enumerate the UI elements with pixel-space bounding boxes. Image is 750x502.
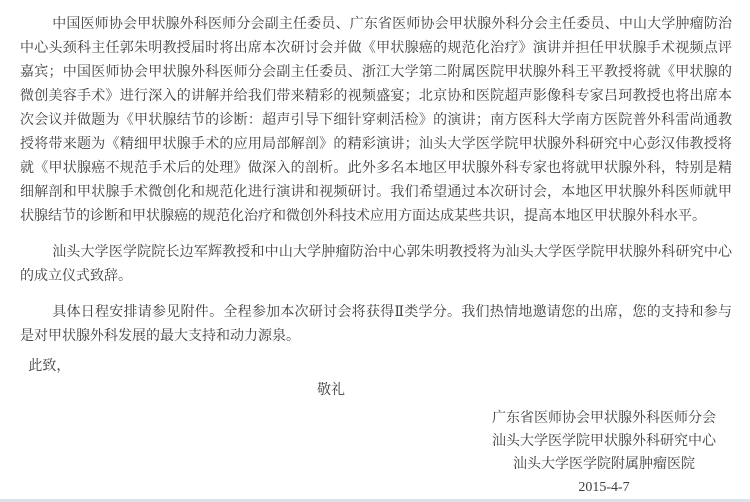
signature-line-hospital: 汕头大学医学院附属肿瘤医院 — [492, 453, 716, 476]
body-paragraph-1: 中国医师协会甲状腺外科医师分会副主任委员、广东省医师协会甲状腺外科分会主任委员、… — [20, 13, 732, 229]
letter-body: 中国医师协会甲状腺外科医师分会副主任委员、广东省医师协会甲状腺外科分会主任委员、… — [0, 0, 750, 499]
signature-line-association: 广东省医师协会甲状腺外科医师分会 — [492, 407, 716, 430]
signature-date: 2015-4-7 — [492, 476, 716, 499]
closing-salute: 此致， — [20, 355, 732, 379]
body-paragraph-3: 具体日程安排请参见附件。全程参加本次研讨会将获得Ⅱ类学分。我们热情地邀请您的出席… — [20, 301, 732, 349]
signature-line-research-center: 汕头大学医学院甲状腺外科研究中心 — [492, 430, 716, 453]
letter-document: 中国医师协会甲状腺外科医师分会副主任委员、广东省医师协会甲状腺外科分会主任委员、… — [0, 0, 750, 502]
body-paragraph-2: 汕头大学医学院院长边军辉教授和中山大学肿瘤防治中心郭朱明教授将为汕头大学医学院甲… — [20, 241, 732, 289]
signature-block: 广东省医师协会甲状腺外科医师分会 汕头大学医学院甲状腺外科研究中心 汕头大学医学… — [492, 407, 716, 499]
closing-regards: 敬礼 — [0, 379, 687, 403]
